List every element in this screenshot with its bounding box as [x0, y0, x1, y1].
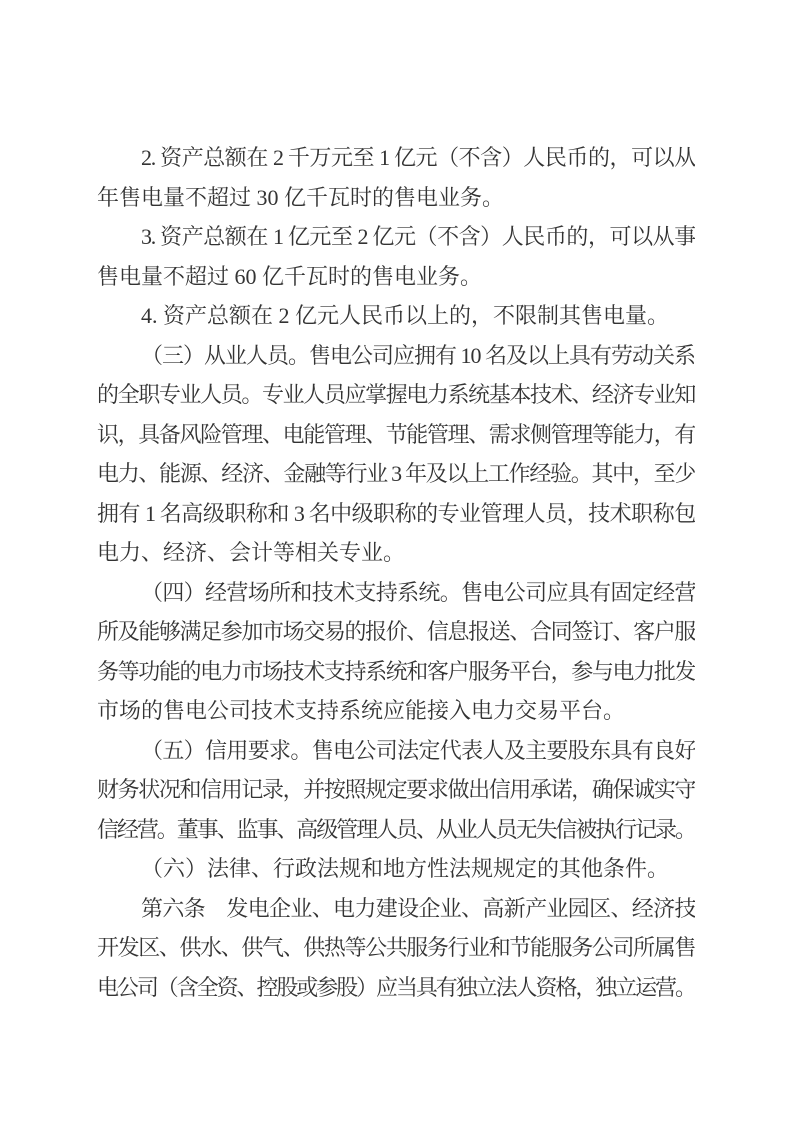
text-line: 识，具备风险管理、电能管理、节能管理、需求侧管理等能力，有 — [97, 415, 695, 455]
text-line: 年售电量不超过 30 亿千瓦时的售电业务。 — [97, 178, 695, 218]
text-line: 4. 资产总额在 2 亿元人民币以上的，不限制其售电量。 — [97, 296, 695, 336]
text-line: （三）从业人员。售电公司应拥有 10 名及以上具有劳动关系 — [97, 336, 695, 376]
paragraph: 2. 资产总额在 2 千万元至 1 亿元（不含）人民币的，可以从事年售电量不超过… — [97, 138, 695, 217]
text-line: 市场的售电公司技术支持系统应能接入电力交易平台。 — [97, 691, 695, 731]
text-line: 电公司（含全资、控股或参股）应当具有独立法人资格，独立运营。 — [97, 968, 695, 1008]
text-line: 的全职专业人员。专业人员应掌握电力系统基本技术、经济专业知 — [97, 375, 695, 415]
paragraph: （六）法律、行政法规和地方性法规规定的其他条件。 — [97, 849, 695, 889]
text-line: 务等功能的电力市场技术支持系统和客户服务平台，参与电力批发 — [97, 652, 695, 692]
text-line: 电力、经济、会计等相关专业。 — [97, 533, 695, 573]
paragraph: （三）从业人员。售电公司应拥有 10 名及以上具有劳动关系的全职专业人员。专业人… — [97, 336, 695, 573]
paragraph: 4. 资产总额在 2 亿元人民币以上的，不限制其售电量。 — [97, 296, 695, 336]
text-line: 第六条 发电企业、电力建设企业、高新产业园区、经济技术 — [97, 889, 695, 929]
text-line: （六）法律、行政法规和地方性法规规定的其他条件。 — [97, 849, 695, 889]
paragraph: 3. 资产总额在 1 亿元至 2 亿元（不含）人民币的，可以从事年售电量不超过 … — [97, 217, 695, 296]
text-line: 开发区、供水、供气、供热等公共服务行业和节能服务公司所属售 — [97, 928, 695, 968]
text-line: （四）经营场所和技术支持系统。售电公司应具有固定经营场 — [97, 573, 695, 613]
paragraph: 第六条 发电企业、电力建设企业、高新产业园区、经济技术开发区、供水、供气、供热等… — [97, 889, 695, 1008]
text-block: 2. 资产总额在 2 千万元至 1 亿元（不含）人民币的，可以从事年售电量不超过… — [97, 138, 695, 1007]
text-line: （五）信用要求。售电公司法定代表人及主要股东具有良好的 — [97, 731, 695, 771]
text-line: 财务状况和信用记录，并按照规定要求做出信用承诺，确保诚实守 — [97, 770, 695, 810]
document-page: 2. 资产总额在 2 千万元至 1 亿元（不含）人民币的，可以从事年售电量不超过… — [0, 0, 794, 1123]
text-line: 2. 资产总额在 2 千万元至 1 亿元（不含）人民币的，可以从事 — [97, 138, 695, 178]
text-line: 拥有 1 名高级职称和 3 名中级职称的专业管理人员，技术职称包括 — [97, 494, 695, 534]
text-line: 3. 资产总额在 1 亿元至 2 亿元（不含）人民币的，可以从事年 — [97, 217, 695, 257]
text-line: 售电量不超过 60 亿千瓦时的售电业务。 — [97, 257, 695, 297]
text-line: 信经营。董事、监事、高级管理人员、从业人员无失信被执行记录。 — [97, 810, 695, 850]
text-line: 所及能够满足参加市场交易的报价、信息报送、合同签订、客户服 — [97, 612, 695, 652]
paragraph: （五）信用要求。售电公司法定代表人及主要股东具有良好的财务状况和信用记录，并按照… — [97, 731, 695, 850]
paragraph: （四）经营场所和技术支持系统。售电公司应具有固定经营场所及能够满足参加市场交易的… — [97, 573, 695, 731]
text-line: 电力、能源、经济、金融等行业 3 年及以上工作经验。其中，至少 — [97, 454, 695, 494]
